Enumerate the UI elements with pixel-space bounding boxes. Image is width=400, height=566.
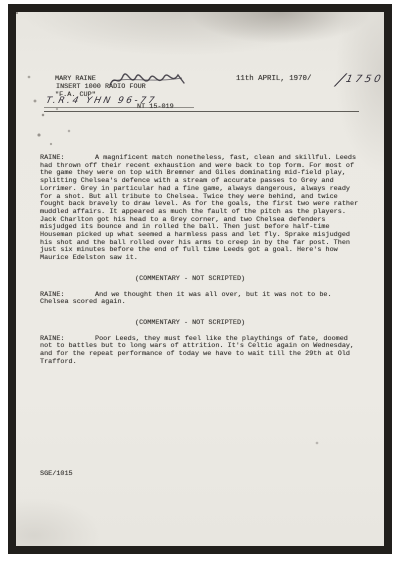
speech-block: RAINE:A magnificent match nonetheless, f… [40, 155, 363, 263]
screenshot-root: { "colors": { "paper": "#eceae4", "scan_… [0, 0, 400, 566]
speech-text: Poor Leeds, they must feel like the play… [40, 335, 354, 366]
header-rule-short [44, 107, 194, 108]
speech-text: And we thought then it was all over, but… [40, 291, 332, 307]
script-body: RAINE:A magnificent match nonetheless, f… [40, 155, 363, 379]
speaker-label: RAINE: [40, 292, 64, 300]
speech-block: RAINE:And we thought then it was all ove… [40, 292, 363, 307]
stage-direction: (COMMENTARY - NOT SCRIPTED) [135, 276, 363, 284]
paper-specks [16, 12, 18, 14]
speech-block: RAINE:Poor Leeds, they must feel like th… [40, 336, 363, 367]
footer-reference: SGE/1015 [40, 470, 73, 478]
handwritten-scribble [108, 69, 186, 91]
scan-border-frame: MARY RAINE INSERT 1000 RADIO FOUR "F.A. … [8, 4, 392, 554]
header-name-line: MARY RAINE [55, 75, 96, 83]
date-line: 11th APRIL, 1970/ [236, 75, 311, 83]
speaker-label: RAINE: [40, 155, 64, 163]
handwritten-time: 1750 [345, 74, 385, 85]
stage-direction: (COMMENTARY - NOT SCRIPTED) [135, 320, 363, 328]
document-paper: MARY RAINE INSERT 1000 RADIO FOUR "F.A. … [16, 12, 384, 546]
header-rule [44, 111, 359, 112]
speaker-label: RAINE: [40, 336, 64, 344]
speech-text: A magnificent match nonetheless, fast, c… [40, 154, 358, 262]
